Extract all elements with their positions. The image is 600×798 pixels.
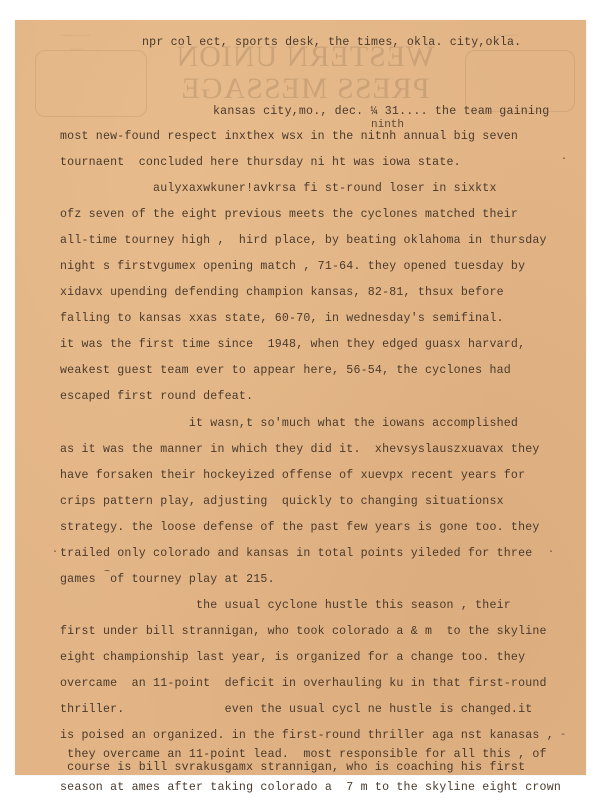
body-line: all-time tourney high , hird place, by b… bbox=[60, 234, 547, 247]
stray-mark: · bbox=[548, 547, 554, 558]
body-line: overcame an 11-point deficit in overhaul… bbox=[60, 677, 547, 690]
stray-mark: · bbox=[52, 547, 58, 558]
body-line: aulyxaxwkuner!avkrsa fi st-round loser i… bbox=[60, 182, 497, 195]
stray-mark: ~ bbox=[104, 567, 110, 578]
letterhead-small-text: ~~~~~~~~ bbox=[60, 32, 90, 40]
body-line: trailed only colorado and kansas in tota… bbox=[60, 547, 532, 560]
body-line: thriller. even the usual cycl ne hustle … bbox=[60, 703, 532, 716]
body-line: crips pattern play, adjusting quickly to… bbox=[60, 495, 504, 508]
body-line: weakest guest team ever to appear here, … bbox=[60, 364, 511, 377]
body-line: as it was the manner in which they did i… bbox=[60, 443, 540, 456]
body-line: is poised an organized. in the first-rou… bbox=[60, 729, 554, 742]
body-line: course is bill svrakusgamx strannigan, w… bbox=[60, 761, 525, 774]
body-line: the usual cyclone hustle this season , t… bbox=[60, 599, 511, 612]
body-line: first under bill strannigan, who took co… bbox=[60, 625, 547, 638]
body-line: have forsaken their hockeyized offense o… bbox=[60, 469, 525, 482]
body-line: xidavx upending defending champion kansa… bbox=[60, 286, 504, 299]
body-line: tournaent concluded here thursday ni ht … bbox=[60, 156, 461, 169]
body-line: strategy. the loose defense of the past … bbox=[60, 521, 540, 534]
letterhead-right-box bbox=[465, 50, 575, 112]
header-line: npr col ect, sports desk, the times, okl… bbox=[142, 36, 521, 49]
body-line: eight championship last year, is organiz… bbox=[60, 651, 525, 664]
body-line: most new-found respect inxthex wsx in th… bbox=[60, 130, 518, 143]
letterhead-left-box bbox=[35, 50, 147, 117]
stray-mark: - bbox=[560, 730, 566, 741]
body-line: games of tourney play at 215. bbox=[60, 573, 275, 586]
dateline: kansas city,mo., dec. ¼ 31.... the team … bbox=[213, 105, 549, 118]
body-line: falling to kansas xxas state, 60-70, in … bbox=[60, 312, 504, 325]
body-line: ofz seven of the eight previous meets th… bbox=[60, 208, 518, 221]
body-line: it was the first time since 1948, when t… bbox=[60, 338, 525, 351]
body-line: it wasn,t so'much what the iowans accomp… bbox=[60, 417, 518, 430]
body-line: escaped first round defeat. bbox=[60, 390, 253, 403]
body-line: night s firstvgumex opening match , 71-6… bbox=[60, 260, 525, 273]
body-line: season at ames after taking colorado a 7… bbox=[60, 781, 561, 794]
letterhead-small-text: ~~~~ bbox=[70, 46, 85, 54]
letterhead-subtitle: PRESS MESSAGE bbox=[155, 72, 455, 106]
body-line: they overcame an 11-point lead. most res… bbox=[60, 748, 547, 761]
stray-mark: . bbox=[561, 152, 567, 163]
